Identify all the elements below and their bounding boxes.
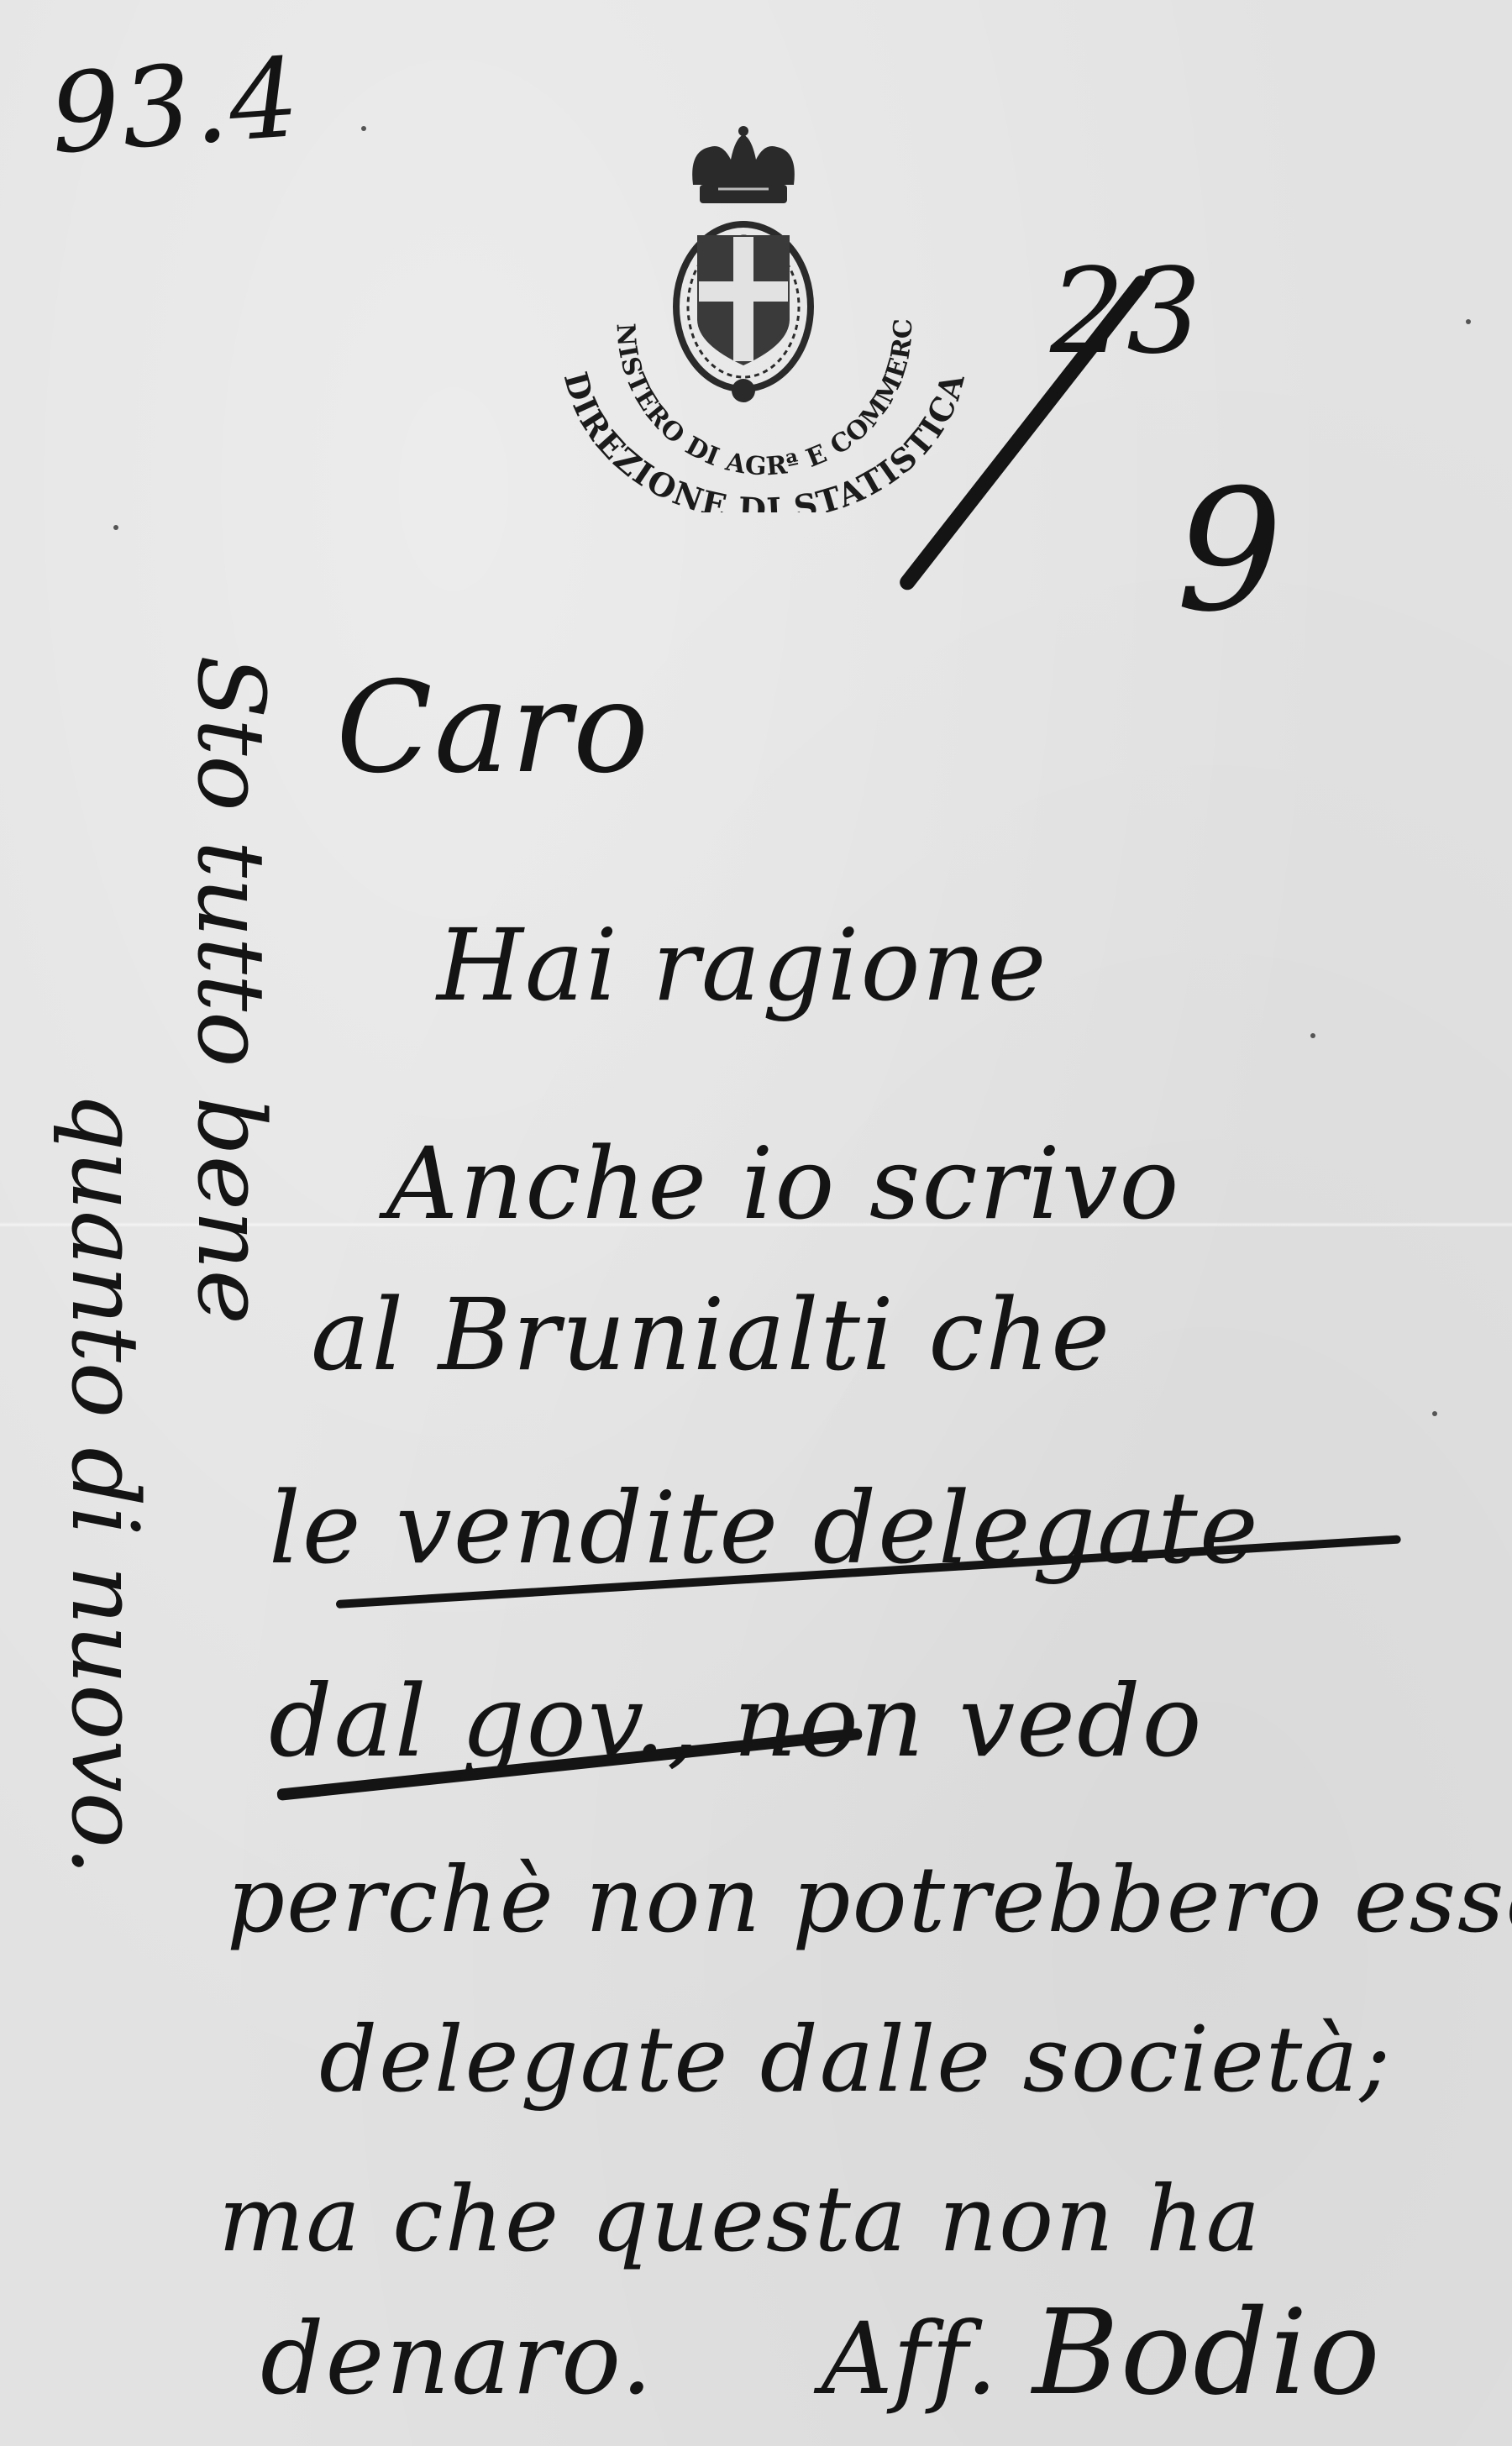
body-line: perchè non potrebbero essere: [227, 1848, 1512, 1953]
body-line: dal gov., non vedo: [269, 1663, 1204, 1779]
margin-note-line: quanto di nuovo.: [42, 655, 168, 2335]
archive-number: 93.4: [46, 34, 304, 178]
closing-line: denaro. Aff. Bodio: [260, 2285, 1382, 2422]
body-line: ma che questa non ha: [218, 2167, 1262, 2272]
body-line: al Brunialti che: [311, 1277, 1111, 1393]
letterhead: MINISTERO DI AGRª E COMMERCIO DIREZIONE …: [538, 118, 974, 512]
signature: Bodio: [1032, 2285, 1382, 2422]
margin-note-line: Sto tutto bene: [168, 655, 294, 2335]
body-line: delegate dalle società;: [319, 2008, 1392, 2113]
salutation: Caro: [336, 655, 650, 801]
letter-date-month: 9: [1176, 454, 1284, 649]
letterhead-text: MINISTERO DI AGRª E COMMERCIO DIREZIONE …: [538, 118, 974, 512]
svg-text:DIREZIONE DI STATISTICA: DIREZIONE DI STATISTICA: [557, 368, 972, 512]
body-line: Hai ragione: [437, 907, 1047, 1023]
body-line: Anche io scrivo: [386, 1126, 1180, 1241]
ink-speck: [1432, 1411, 1437, 1416]
ink-speck: [1466, 319, 1471, 324]
ink-speck: [113, 525, 118, 530]
ink-speck: [361, 126, 366, 131]
body-line: denaro.: [260, 2301, 654, 2417]
margin-note: Sto tutto bene quanto di nuovo.: [42, 655, 294, 2335]
body-line: le vendite delegate: [269, 1470, 1260, 1586]
closing: Aff.: [822, 2301, 1000, 2417]
ink-speck: [1310, 1033, 1315, 1038]
